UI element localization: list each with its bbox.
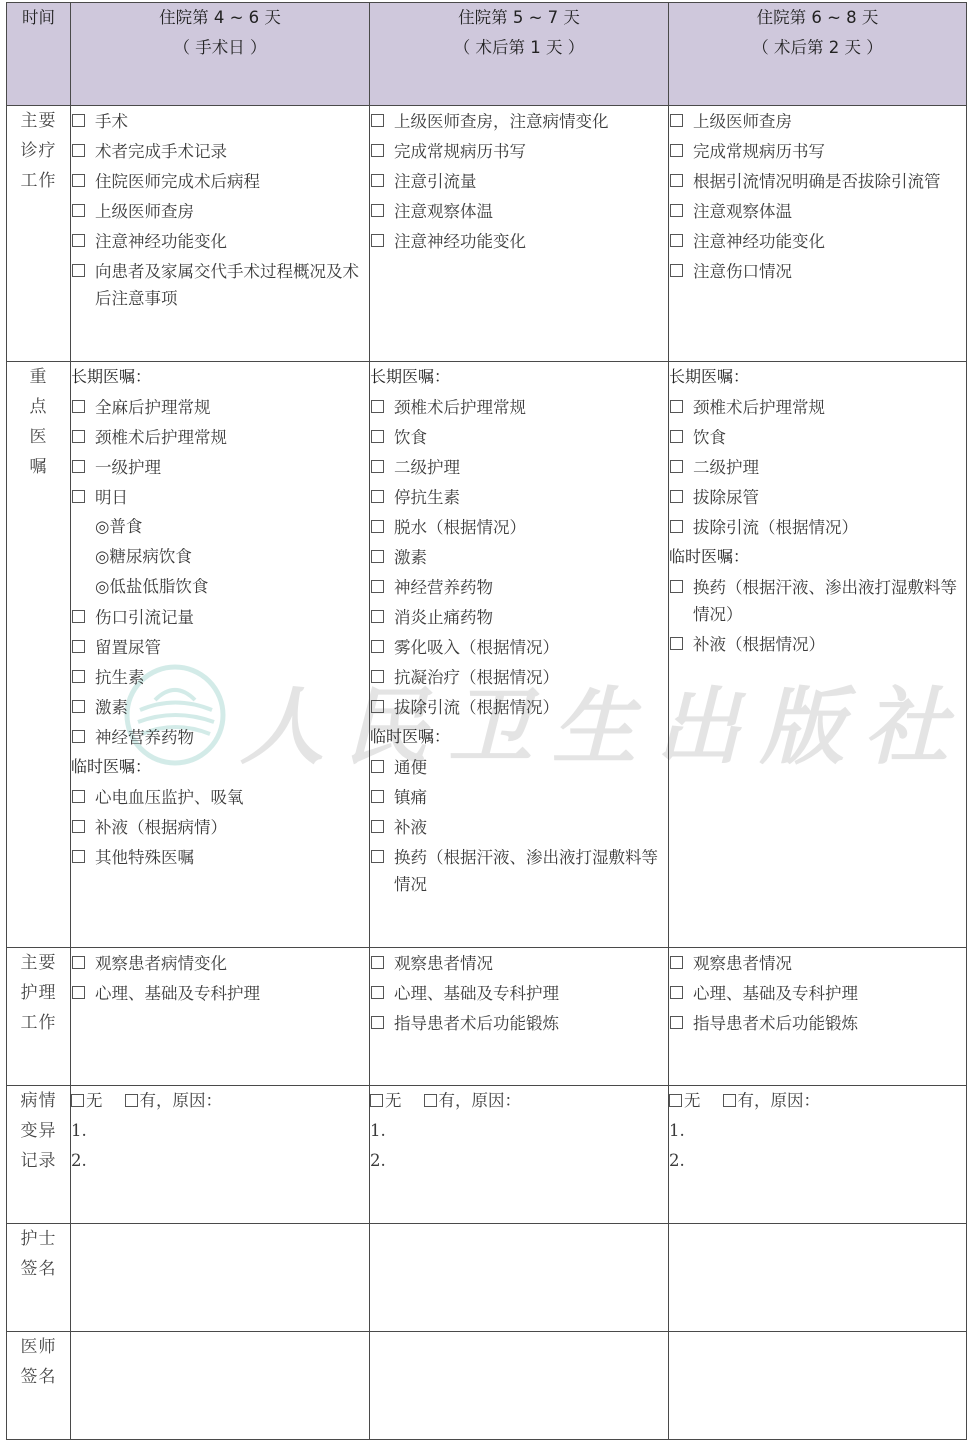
checklist-item: 注意观察体温 xyxy=(370,196,668,226)
checkbox[interactable] xyxy=(371,820,384,833)
checklist-item-label: 补液（根据病情） xyxy=(95,812,369,842)
checklist-item-label: 心理、基础及专科护理 xyxy=(693,978,966,1008)
checkbox[interactable] xyxy=(371,580,384,593)
checkbox[interactable] xyxy=(72,400,85,413)
checkbox[interactable] xyxy=(371,144,384,157)
checklist-item-label: 饮食 xyxy=(394,422,668,452)
checkbox[interactable] xyxy=(371,520,384,533)
variation-options: 无有，原因： xyxy=(71,1086,369,1116)
checklist-item: 上级医师查房 xyxy=(669,106,966,136)
label-line: 点 xyxy=(7,392,70,422)
checklist-item: 抗生素 xyxy=(71,662,369,692)
checklist-item: 术者完成手术记录 xyxy=(71,136,369,166)
checkbox[interactable] xyxy=(670,114,683,127)
checklist-item-label: 上级医师查房 xyxy=(693,106,966,136)
checklist-item-label: 换药（根据汗液、渗出液打湿敷料等情况） xyxy=(693,572,966,629)
checkbox[interactable] xyxy=(371,234,384,247)
checklist-item: 指导患者术后功能锻炼 xyxy=(669,1008,966,1038)
no-variation-label: 无 xyxy=(684,1091,701,1110)
checklist-item-label: 注意伤口情况 xyxy=(693,256,966,286)
checklist-item-label: 留置尿管 xyxy=(95,632,369,662)
checkbox[interactable] xyxy=(72,640,85,653)
long-term-orders-heading: 长期医嘱： xyxy=(370,362,668,392)
diagnosis-cell-3: 上级医师查房完成常规病历书写根据引流情况明确是否拔除引流管注意观察体温注意神经功… xyxy=(669,106,967,362)
checklist-item-label: 心电血压监护、吸氧 xyxy=(95,782,369,812)
checklist-item: 心电血压监护、吸氧 xyxy=(71,782,369,812)
label-line: 病情 xyxy=(7,1086,70,1116)
row-label-doctor-signature: 医师 签名 xyxy=(7,1332,71,1440)
checklist-item-label: 其他特殊医嘱 xyxy=(95,842,369,872)
has-variation-checkbox[interactable] xyxy=(125,1094,138,1107)
checkbox[interactable] xyxy=(72,820,85,833)
checklist-item: 全麻后护理常规 xyxy=(71,392,369,422)
checkbox[interactable] xyxy=(371,460,384,473)
long-term-orders-heading: 长期医嘱： xyxy=(669,362,966,392)
nurse-signature-field-1[interactable] xyxy=(71,1224,370,1332)
reason-line-2[interactable]: 2. xyxy=(370,1146,668,1176)
checklist-item: 其他特殊医嘱 xyxy=(71,842,369,872)
temporary-orders-heading: 临时医嘱： xyxy=(71,752,369,782)
checklist-item: 拔除引流（根据情况） xyxy=(669,512,966,542)
no-variation-label: 无 xyxy=(86,1091,103,1110)
day-range: 住院第 4 ~ 6 天 xyxy=(71,3,369,33)
doctor-signature-field-2[interactable] xyxy=(370,1332,669,1440)
long-term-orders-heading: 长期医嘱： xyxy=(71,362,369,392)
checklist-item-label: 脱水（根据情况） xyxy=(394,512,668,542)
checklist-item-label: 指导患者术后功能锻炼 xyxy=(394,1008,668,1038)
checklist-item-label: 一级护理 xyxy=(95,452,369,482)
checkbox[interactable] xyxy=(371,400,384,413)
checklist-item: 饮食 xyxy=(669,422,966,452)
checklist-item-label: 抗凝治疗（根据情况） xyxy=(394,662,668,692)
checklist-item-label: 向患者及家属交代手术过程概况及术后注意事项 xyxy=(95,256,369,313)
checklist-item: 二级护理 xyxy=(370,452,668,482)
label-line: 签名 xyxy=(7,1362,70,1392)
checklist-item-label: 术者完成手术记录 xyxy=(95,136,369,166)
day-column-header-2: 住院第 5 ~ 7 天 （ 术后第 1 天 ） xyxy=(370,3,669,106)
checklist-item-label: 镇痛 xyxy=(394,782,668,812)
checklist-item-label: 拔除尿管 xyxy=(693,482,966,512)
checklist-item: 补液（根据情况） xyxy=(669,629,966,659)
checklist-item-label: 手术 xyxy=(95,106,369,136)
variation-options: 无有，原因： xyxy=(370,1086,668,1116)
checklist-item-label: 颈椎术后护理常规 xyxy=(394,392,668,422)
nursing-row: 主要 护理 工作 观察患者病情变化心理、基础及专科护理 观察患者情况心理、基础及… xyxy=(7,948,967,1086)
doctor-signature-field-1[interactable] xyxy=(71,1332,370,1440)
nursing-cell-1: 观察患者病情变化心理、基础及专科护理 xyxy=(71,948,370,1086)
checklist-item-label: 全麻后护理常规 xyxy=(95,392,369,422)
orders-cell-3: 长期医嘱： 颈椎术后护理常规饮食二级护理拔除尿管拔除引流（根据情况） 临时医嘱：… xyxy=(669,362,967,948)
checkbox[interactable] xyxy=(72,700,85,713)
checklist-item-label: 颈椎术后护理常规 xyxy=(95,422,369,452)
checkbox[interactable] xyxy=(371,430,384,443)
checkbox[interactable] xyxy=(371,550,384,563)
checkbox[interactable] xyxy=(670,580,683,593)
checklist-item-label: 二级护理 xyxy=(394,452,668,482)
temporary-orders-heading: 临时医嘱： xyxy=(370,722,668,752)
day-range: 住院第 5 ~ 7 天 xyxy=(370,3,668,33)
checklist-item: 留置尿管 xyxy=(71,632,369,662)
label-line: 工作 xyxy=(7,1008,70,1038)
checklist-item-label: 伤口引流记量 xyxy=(95,602,369,632)
checklist-item: 注意神经功能变化 xyxy=(669,226,966,256)
checklist-item-label: 补液（根据情况） xyxy=(693,629,966,659)
checklist-item: 注意引流量 xyxy=(370,166,668,196)
checklist-item: 饮食 xyxy=(370,422,668,452)
has-variation-checkbox[interactable] xyxy=(723,1094,736,1107)
label-line: 护理 xyxy=(7,978,70,1008)
checklist-item: 拔除尿管 xyxy=(669,482,966,512)
label-line: 医师 xyxy=(7,1332,70,1362)
no-variation-checkbox[interactable] xyxy=(669,1094,682,1107)
checklist-item: 指导患者术后功能锻炼 xyxy=(370,1008,668,1038)
checkbox[interactable] xyxy=(371,204,384,217)
diet-options-list: ◎普食◎糖尿病饮食◎低盐低脂饮食 xyxy=(71,512,369,602)
checkbox[interactable] xyxy=(72,790,85,803)
temporary-orders-list: 通便镇痛补液换药（根据汗液、渗出液打湿敷料等情况 xyxy=(370,752,668,899)
checkbox[interactable] xyxy=(371,670,384,683)
checklist-item: 上级医师查房，注意病情变化 xyxy=(370,106,668,136)
checkbox[interactable] xyxy=(72,956,85,969)
checklist-item-label: 注意神经功能变化 xyxy=(95,226,369,256)
checkbox[interactable] xyxy=(670,234,683,247)
checklist-item-label: 激素 xyxy=(95,692,369,722)
checklist-item-label: 上级医师查房 xyxy=(95,196,369,226)
has-variation-label: 有，原因： xyxy=(738,1091,821,1110)
checkbox[interactable] xyxy=(72,234,85,247)
checkbox[interactable] xyxy=(371,114,384,127)
checklist-item: 拔除引流（根据情况） xyxy=(370,692,668,722)
checklist-item-label: 拔除引流（根据情况） xyxy=(693,512,966,542)
checklist-item-label: 注意神经功能变化 xyxy=(693,226,966,256)
day-range: 住院第 6 ~ 8 天 xyxy=(669,3,966,33)
checklist-item-label: 心理、基础及专科护理 xyxy=(95,978,369,1008)
checklist-item: 注意伤口情况 xyxy=(669,256,966,286)
long-term-orders-list: 颈椎术后护理常规饮食二级护理停抗生素脱水（根据情况）激素神经营养药物消炎止痛药物… xyxy=(370,392,668,722)
reason-line-2[interactable]: 2. xyxy=(669,1146,966,1176)
checklist-item: 观察患者情况 xyxy=(370,948,668,978)
checkbox[interactable] xyxy=(371,790,384,803)
variation-options: 无有，原因： xyxy=(669,1086,966,1116)
reason-line-2[interactable]: 2. xyxy=(71,1146,369,1176)
checkbox[interactable] xyxy=(670,520,683,533)
checklist-item: 观察患者病情变化 xyxy=(71,948,369,978)
checklist-item: 上级医师查房 xyxy=(71,196,369,226)
checklist-item: 激素 xyxy=(370,542,668,572)
checklist-item: 根据引流情况明确是否拔除引流管 xyxy=(669,166,966,196)
checklist-item: 换药（根据汗液、渗出液打湿敷料等情况 xyxy=(370,842,668,899)
label-line: 医 xyxy=(7,422,70,452)
checkbox[interactable] xyxy=(72,430,85,443)
clinical-pathway-table: 时间 住院第 4 ~ 6 天 （ 手术日 ） 住院第 5 ~ 7 天 （ 术后第… xyxy=(6,2,967,1440)
checklist-item-label: 神经营养药物 xyxy=(394,572,668,602)
checklist-item: 心理、基础及专科护理 xyxy=(669,978,966,1008)
checklist-item-label: 饮食 xyxy=(693,422,966,452)
nurse-signature-field-2[interactable] xyxy=(370,1224,669,1332)
label-line: 主要 xyxy=(7,106,70,136)
checklist-item-label: 指导患者术后功能锻炼 xyxy=(693,1008,966,1038)
checklist-item: 二级护理 xyxy=(669,452,966,482)
checkbox[interactable] xyxy=(72,490,85,503)
label-line: 主要 xyxy=(7,948,70,978)
checklist-item-label: 拔除引流（根据情况） xyxy=(394,692,668,722)
checkbox[interactable] xyxy=(72,264,85,277)
checkbox[interactable] xyxy=(72,986,85,999)
checkbox[interactable] xyxy=(371,986,384,999)
diet-option[interactable]: ◎低盐低脂饮食 xyxy=(71,572,369,602)
no-variation-checkbox[interactable] xyxy=(370,1094,383,1107)
diet-option[interactable]: ◎普食 xyxy=(71,512,369,542)
checklist-item: 住院医师完成术后病程 xyxy=(71,166,369,196)
orders-row: 重 点 医 嘱 长期医嘱： 全麻后护理常规颈椎术后护理常规一级护理明日 ◎普食◎… xyxy=(7,362,967,948)
checklist-item-label: 住院医师完成术后病程 xyxy=(95,166,369,196)
diagnosis-row: 主要 诊疗 工作 手术术者完成手术记录住院医师完成术后病程上级医师查房注意神经功… xyxy=(7,106,967,362)
row-label-diagnosis: 主要 诊疗 工作 xyxy=(7,106,71,362)
long-term-orders-list: 颈椎术后护理常规饮食二级护理拔除尿管拔除引流（根据情况） xyxy=(669,392,966,542)
checklist-item-label: 心理、基础及专科护理 xyxy=(394,978,668,1008)
checklist-item: 停抗生素 xyxy=(370,482,668,512)
checklist-item: 完成常规病历书写 xyxy=(669,136,966,166)
checklist-item-label: 根据引流情况明确是否拔除引流管 xyxy=(693,166,966,196)
label-line: 嘱 xyxy=(7,452,70,482)
variation-cell-1: 无有，原因：1.2. xyxy=(71,1086,370,1224)
variation-row: 病情 变异 记录 无有，原因：1.2. 无有，原因：1.2. 无有，原因：1.2… xyxy=(7,1086,967,1224)
checklist-item-label: 停抗生素 xyxy=(394,482,668,512)
checklist-item: 注意观察体温 xyxy=(669,196,966,226)
nursing-cell-2: 观察患者情况心理、基础及专科护理指导患者术后功能锻炼 xyxy=(370,948,669,1086)
long-term-orders-list: 全麻后护理常规颈椎术后护理常规一级护理明日 xyxy=(71,392,369,512)
checklist-item-label: 二级护理 xyxy=(693,452,966,482)
checkbox[interactable] xyxy=(72,144,85,157)
reason-line-1[interactable]: 1. xyxy=(71,1116,369,1146)
checklist-item: 明日 xyxy=(71,482,369,512)
checklist-item: 激素 xyxy=(71,692,369,722)
checklist-item-label: 观察患者情况 xyxy=(693,948,966,978)
day-note: （ 术后第 2 天 ） xyxy=(669,33,966,63)
checklist-item: 完成常规病历书写 xyxy=(370,136,668,166)
checklist-item-label: 激素 xyxy=(394,542,668,572)
checkbox[interactable] xyxy=(72,204,85,217)
checkbox[interactable] xyxy=(670,460,683,473)
nursing-cell-3: 观察患者情况心理、基础及专科护理指导患者术后功能锻炼 xyxy=(669,948,967,1086)
time-header: 时间 xyxy=(7,3,71,106)
checklist-item: 伤口引流记量 xyxy=(71,602,369,632)
no-variation-checkbox[interactable] xyxy=(71,1094,84,1107)
checkbox[interactable] xyxy=(72,174,85,187)
checklist-item-label: 上级医师查房，注意病情变化 xyxy=(394,106,668,136)
checklist-item: 颈椎术后护理常规 xyxy=(71,422,369,452)
checkbox[interactable] xyxy=(670,264,683,277)
checkbox[interactable] xyxy=(670,174,683,187)
checklist-item: 心理、基础及专科护理 xyxy=(71,978,369,1008)
checklist-item: 神经营养药物 xyxy=(71,722,369,752)
day-column-header-1: 住院第 4 ~ 6 天 （ 手术日 ） xyxy=(71,3,370,106)
label-line: 签名 xyxy=(7,1254,70,1284)
checkbox[interactable] xyxy=(371,640,384,653)
row-label-nursing: 主要 护理 工作 xyxy=(7,948,71,1086)
variation-cell-2: 无有，原因：1.2. xyxy=(370,1086,669,1224)
checklist-item: 换药（根据汗液、渗出液打湿敷料等情况） xyxy=(669,572,966,629)
checklist-item: 补液（根据病情） xyxy=(71,812,369,842)
checkbox[interactable] xyxy=(670,490,683,503)
orders-cell-2: 长期医嘱： 颈椎术后护理常规饮食二级护理停抗生素脱水（根据情况）激素神经营养药物… xyxy=(370,362,669,948)
temporary-orders-heading: 临时医嘱： xyxy=(669,542,966,572)
checkbox[interactable] xyxy=(371,610,384,623)
temporary-orders-list: 心电血压监护、吸氧补液（根据病情）其他特殊医嘱 xyxy=(71,782,369,872)
doctor-signature-row: 医师 签名 xyxy=(7,1332,967,1440)
checklist-item: 手术 xyxy=(71,106,369,136)
checkbox[interactable] xyxy=(371,956,384,969)
checklist-item-label: 观察患者情况 xyxy=(394,948,668,978)
checklist-item: 注意神经功能变化 xyxy=(370,226,668,256)
day-note: （ 术后第 1 天 ） xyxy=(370,33,668,63)
checklist-item-label: 颈椎术后护理常规 xyxy=(693,392,966,422)
checkbox[interactable] xyxy=(371,760,384,773)
checklist-item-label: 完成常规病历书写 xyxy=(693,136,966,166)
day-column-header-3: 住院第 6 ~ 8 天 （ 术后第 2 天 ） xyxy=(669,3,967,106)
row-label-nurse-signature: 护士 签名 xyxy=(7,1224,71,1332)
label-line: 记录 xyxy=(7,1146,70,1176)
checklist-item: 抗凝治疗（根据情况） xyxy=(370,662,668,692)
checkbox[interactable] xyxy=(670,986,683,999)
label-line: 工作 xyxy=(7,166,70,196)
checkbox[interactable] xyxy=(670,637,683,650)
checklist-item: 雾化吸入（根据情况） xyxy=(370,632,668,662)
checklist-item-label: 注意神经功能变化 xyxy=(394,226,668,256)
diagnosis-cell-2: 上级医师查房，注意病情变化完成常规病历书写注意引流量注意观察体温注意神经功能变化 xyxy=(370,106,669,362)
checkbox[interactable] xyxy=(670,956,683,969)
variation-cell-3: 无有，原因：1.2. xyxy=(669,1086,967,1224)
checklist-item: 脱水（根据情况） xyxy=(370,512,668,542)
checkbox[interactable] xyxy=(72,114,85,127)
checklist-item: 颈椎术后护理常规 xyxy=(370,392,668,422)
nurse-signature-field-3[interactable] xyxy=(669,1224,967,1332)
checkbox[interactable] xyxy=(670,204,683,217)
orders-cell-1: 长期医嘱： 全麻后护理常规颈椎术后护理常规一级护理明日 ◎普食◎糖尿病饮食◎低盐… xyxy=(71,362,370,948)
checklist-item-label: 换药（根据汗液、渗出液打湿敷料等情况 xyxy=(394,842,668,899)
reason-line-1[interactable]: 1. xyxy=(669,1116,966,1146)
label-line: 重 xyxy=(7,362,70,392)
checklist-item: 神经营养药物 xyxy=(370,572,668,602)
checklist-item: 观察患者情况 xyxy=(669,948,966,978)
header-row: 时间 住院第 4 ~ 6 天 （ 手术日 ） 住院第 5 ~ 7 天 （ 术后第… xyxy=(7,3,967,106)
checkbox[interactable] xyxy=(670,144,683,157)
has-variation-label: 有，原因： xyxy=(439,1091,522,1110)
label-line: 诊疗 xyxy=(7,136,70,166)
checklist-item-label: 观察患者病情变化 xyxy=(95,948,369,978)
diet-option[interactable]: ◎糖尿病饮食 xyxy=(71,542,369,572)
checklist-item-label: 注意引流量 xyxy=(394,166,668,196)
row-label-variation: 病情 变异 记录 xyxy=(7,1086,71,1224)
checklist-item-label: 明日 xyxy=(95,482,369,512)
checkbox[interactable] xyxy=(371,490,384,503)
checklist-item-label: 通便 xyxy=(394,752,668,782)
checkbox[interactable] xyxy=(371,1016,384,1029)
checklist-item: 一级护理 xyxy=(71,452,369,482)
checkbox[interactable] xyxy=(371,700,384,713)
row-label-orders: 重 点 医 嘱 xyxy=(7,362,71,948)
checkbox[interactable] xyxy=(72,730,85,743)
checklist-item-label: 神经营养药物 xyxy=(95,722,369,752)
long-term-orders-list-more: 伤口引流记量留置尿管抗生素激素神经营养药物 xyxy=(71,602,369,752)
checklist-item-label: 雾化吸入（根据情况） xyxy=(394,632,668,662)
checklist-item-label: 抗生素 xyxy=(95,662,369,692)
checklist-item-label: 补液 xyxy=(394,812,668,842)
checkbox[interactable] xyxy=(72,610,85,623)
nurse-signature-row: 护士 签名 xyxy=(7,1224,967,1332)
checklist-item: 向患者及家属交代手术过程概况及术后注意事项 xyxy=(71,256,369,313)
has-variation-label: 有，原因： xyxy=(140,1091,223,1110)
checkbox[interactable] xyxy=(72,670,85,683)
checklist-item-label: 注意观察体温 xyxy=(394,196,668,226)
checkbox[interactable] xyxy=(371,850,384,863)
checkbox[interactable] xyxy=(670,400,683,413)
checkbox[interactable] xyxy=(72,850,85,863)
label-line: 护士 xyxy=(7,1224,70,1254)
checklist-item-label: 注意观察体温 xyxy=(693,196,966,226)
doctor-signature-field-3[interactable] xyxy=(669,1332,967,1440)
day-note: （ 手术日 ） xyxy=(71,33,369,63)
checklist-item-label: 消炎止痛药物 xyxy=(394,602,668,632)
no-variation-label: 无 xyxy=(385,1091,402,1110)
checklist-item-label: 完成常规病历书写 xyxy=(394,136,668,166)
reason-line-1[interactable]: 1. xyxy=(370,1116,668,1146)
checkbox[interactable] xyxy=(371,174,384,187)
checklist-item: 补液 xyxy=(370,812,668,842)
checklist-item: 通便 xyxy=(370,752,668,782)
checkbox[interactable] xyxy=(670,430,683,443)
has-variation-checkbox[interactable] xyxy=(424,1094,437,1107)
checklist-item: 注意神经功能变化 xyxy=(71,226,369,256)
label-line: 变异 xyxy=(7,1116,70,1146)
checklist-item: 消炎止痛药物 xyxy=(370,602,668,632)
checklist-item: 心理、基础及专科护理 xyxy=(370,978,668,1008)
checklist-item: 颈椎术后护理常规 xyxy=(669,392,966,422)
checklist-item: 镇痛 xyxy=(370,782,668,812)
checkbox[interactable] xyxy=(670,1016,683,1029)
checkbox[interactable] xyxy=(72,460,85,473)
temporary-orders-list: 换药（根据汗液、渗出液打湿敷料等情况）补液（根据情况） xyxy=(669,572,966,659)
diagnosis-cell-1: 手术术者完成手术记录住院医师完成术后病程上级医师查房注意神经功能变化向患者及家属… xyxy=(71,106,370,362)
